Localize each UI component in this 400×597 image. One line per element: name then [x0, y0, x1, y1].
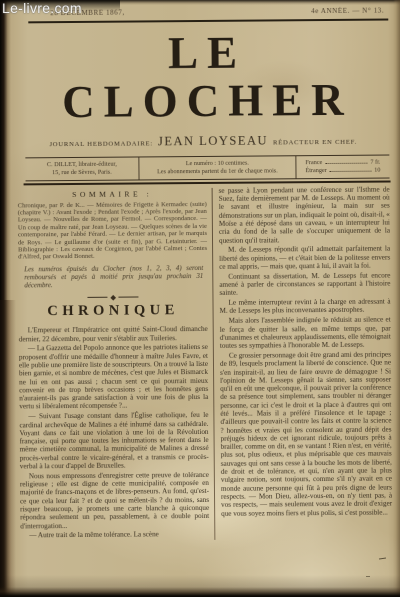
paragraph: Nous nous empressons d'enregistrer cette…	[20, 471, 209, 531]
back-issues-notice: Les numéros épuisés du Clocher (nos 1, 2…	[24, 265, 203, 291]
ornament-diamond	[110, 295, 115, 300]
sommaire-contents: Chronique, par P. de K... — Mémoires de …	[18, 201, 207, 261]
subscription-value: 10	[374, 166, 380, 174]
ink-speck	[366, 576, 370, 577]
seller-watermark: Le-livre.com	[2, 0, 82, 16]
publisher-cell: C. DILLET, libraire-éditeur, 15, rue de …	[25, 157, 138, 180]
subscription-note: Les abonnements partent du 1er de chaque…	[144, 167, 290, 176]
left-column: SOMMAIRE : Chronique, par P. de K... — M…	[18, 187, 215, 542]
editor-name: JEAN LOYSEAU	[158, 133, 268, 149]
paragraph: Ce grossier personnage doit être grand a…	[220, 350, 392, 517]
chronique-body-right: se passe à Lyon pendant une conférence s…	[219, 185, 393, 517]
paragraph: M. de Lesseps répondit qu'il admettait p…	[219, 245, 390, 271]
paragraph: Mais alors l'assemblée indignée le rédui…	[220, 316, 391, 351]
newspaper-subtitle: JOURNAL HEBDOMADAIRE: JEAN LOYSEAU RÉDAC…	[15, 132, 391, 150]
ornament-line	[119, 297, 139, 298]
paragraph: se passe à Lyon pendant une conférence s…	[219, 185, 390, 244]
section-divider-ornament	[18, 295, 207, 300]
subscription-row-etranger: Étranger 10	[301, 166, 384, 175]
newspaper-title: LE CLOCHER	[14, 27, 391, 126]
masthead-bottom-rule	[24, 180, 391, 185]
ornament-line	[87, 297, 107, 298]
price-cell: Le numéro : 10 centimes. Les abonnements…	[138, 156, 296, 179]
editor-role: RÉDACTEUR EN CHEF.	[273, 138, 357, 146]
publisher-address: 15, rue de Sèvres, Paris.	[30, 168, 133, 177]
paragraph: — Autre trait de la même tolérance. La s…	[20, 530, 209, 540]
publication-info-table: C. DILLET, libraire-éditeur, 15, rue de …	[25, 154, 389, 181]
paragraph: — Suivant l'usage constant dans l'Église…	[19, 411, 208, 471]
newspaper-sheet: 28 DÉCEMBRE 1867, 4e ANNÉE. — N° 13. LE …	[0, 0, 400, 597]
article-columns: SOMMAIRE : Chronique, par P. de K... — M…	[16, 185, 395, 541]
chronique-body-left: L'Empereur et l'Impératrice ont quitté S…	[19, 325, 210, 540]
paragraph: Le même interrupteur revint à la charge …	[219, 298, 390, 316]
subscription-label: Étranger	[305, 167, 326, 175]
sommaire-heading: SOMMAIRE :	[18, 189, 207, 199]
right-column: se passe à Lyon pendant une conférence s…	[213, 185, 395, 540]
header-rule	[28, 19, 388, 23]
issue-number: 4e ANNÉE. — N° 13.	[311, 7, 384, 16]
chronique-heading: CHRONIQUE	[19, 302, 208, 320]
paragraph: — La Gazzetta del Popolo annonce que les…	[19, 343, 209, 411]
paragraph: L'Empereur et l'Impératrice ont quitté S…	[19, 325, 208, 343]
subscription-cell: France 7 fr. Étranger 10	[296, 155, 389, 178]
paragraph: Continuant sa dissertation, M. de Lessep…	[219, 271, 390, 297]
subtitle-journal-type: JOURNAL HEBDOMADAIRE:	[49, 140, 153, 148]
subscription-label: France	[305, 159, 322, 167]
dot-leader	[330, 170, 372, 171]
dot-leader	[325, 162, 367, 163]
subscription-value: 7 fr.	[370, 158, 380, 166]
scanned-newspaper-page: { "watermark": "Le-livre.com", "header":…	[0, 0, 400, 597]
